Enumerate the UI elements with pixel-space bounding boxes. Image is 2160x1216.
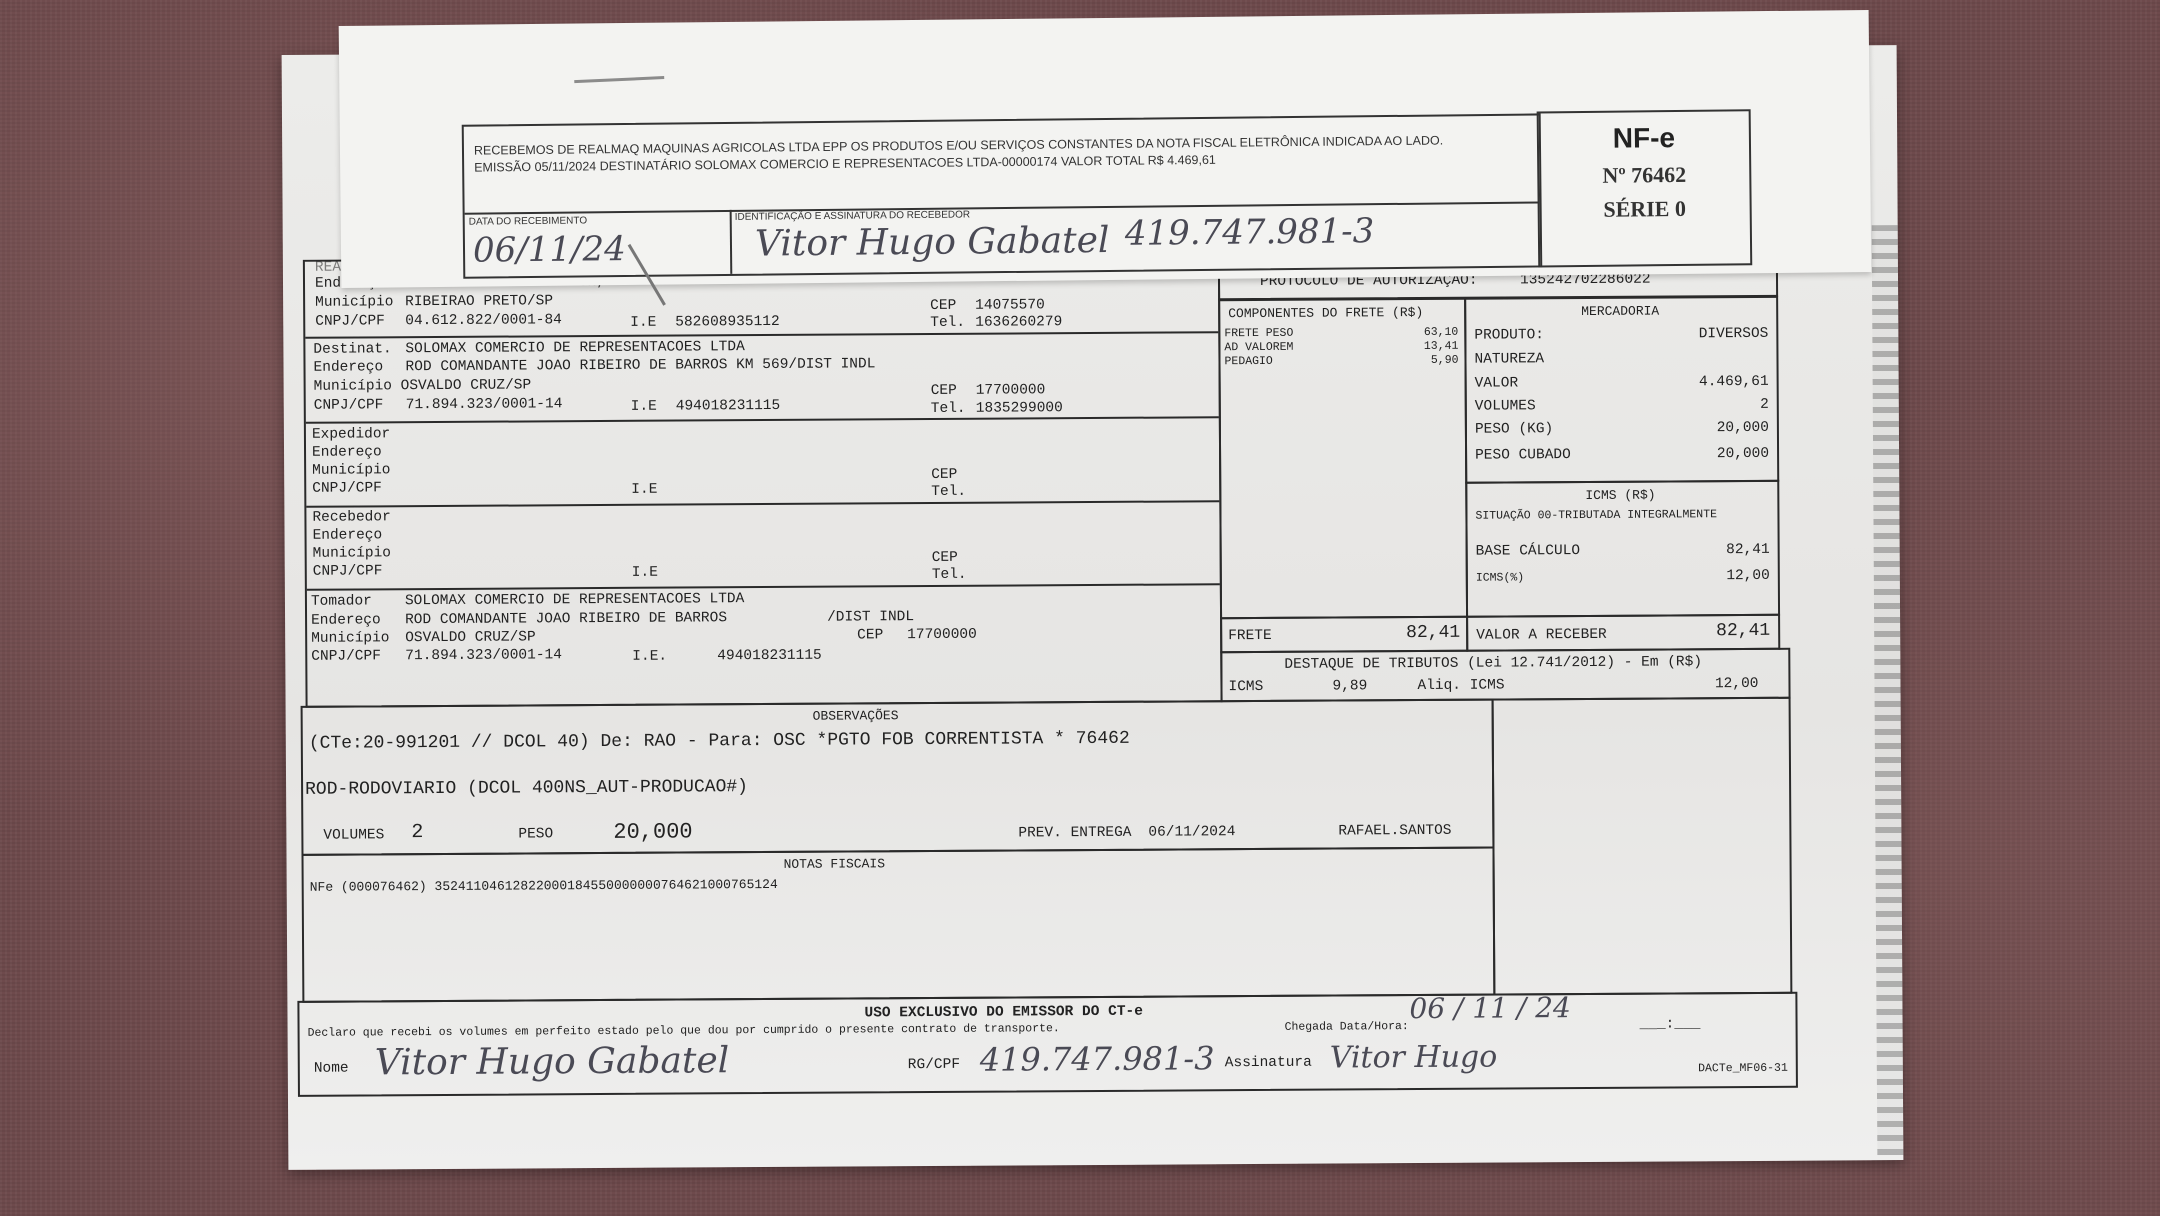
tributos-icms-value: 9,89 [1332, 678, 1367, 694]
divider [730, 210, 733, 274]
expedidor-tel-label: Tel. [931, 484, 966, 500]
icms-box: ICMS (R$) SITUAÇÃO 00-TRIBUTADA INTEGRAL… [1465, 480, 1780, 618]
remetente-cep-label: CEP [930, 298, 956, 314]
remetente-cnpj: 04.612.822/0001-84 [405, 312, 562, 329]
peso-value: 20,000 [1717, 420, 1769, 436]
destinatario-cnpj-label: CNPJ/CPF [314, 397, 384, 413]
destinatario-ie: 494018231115 [676, 398, 781, 415]
chegada-date-handwritten: 06 / 11 / 24 [1409, 991, 1571, 1025]
tomador-cnpj-label: CNPJ/CPF [311, 648, 381, 664]
nfe-serie: SÉRIE 0 [1540, 195, 1750, 223]
expedidor-cnpj-label: CNPJ/CPF [312, 480, 382, 496]
destinatario-tel-label: Tel. [931, 401, 966, 417]
tomador-endereco-compl: /DIST INDL [827, 609, 914, 626]
remetente-cnpj-label: CNPJ/CPF [315, 313, 385, 329]
reserved-fisco-box [1492, 697, 1793, 996]
destinatario-label: Destinat. [313, 341, 391, 357]
mercadoria-box: MERCADORIA PRODUTO: DIVERSOS NATUREZA VA… [1464, 296, 1779, 484]
valor-receber-label: VALOR A RECEBER [1476, 627, 1607, 644]
destinatario-cep-label: CEP [931, 383, 957, 399]
nfe-reference: NFe (000076462) 352411046128220001845500… [310, 877, 778, 895]
icms-aliq-label: ICMS(%) [1476, 571, 1524, 584]
destinatario-municipio: OSVALDO CRUZ/SP [401, 377, 532, 394]
expedidor-cep-label: CEP [931, 467, 957, 483]
icms-situacao: SITUAÇÃO 00-TRIBUTADA INTEGRALMENTE [1475, 508, 1717, 522]
expedidor-municipio-label: Município [312, 462, 390, 478]
destinatario-cnpj: 71.894.323/0001-14 [406, 396, 563, 413]
tomador-endereco: ROD COMANDANTE JOAO RIBEIRO DE BARROS [405, 610, 727, 628]
tomador-municipio: OSVALDO CRUZ/SP [405, 629, 536, 646]
ad-valorem-value: 13,41 [1424, 340, 1459, 353]
frete-total-label: FRETE [1228, 628, 1272, 644]
parties-box: REALMAQ MAQUINAS AGRICOLAS LTDA EPP Ende… [303, 254, 1223, 708]
recebedor-cnpj-label: CNPJ/CPF [313, 563, 383, 579]
obs-peso-label: PESO [518, 826, 553, 842]
destinatario-ie-label: I.E [631, 399, 657, 415]
tomador-cnpj: 71.894.323/0001-14 [405, 647, 562, 664]
frete-total-box: FRETE 82,41 [1220, 616, 1468, 654]
prev-entrega-label: PREV. ENTREGA [1018, 825, 1131, 842]
stub-text: RECEBEMOS DE REALMAQ MAQUINAS AGRICOLAS … [474, 132, 1444, 176]
tomador-cep: 17700000 [907, 627, 977, 643]
remetente-tel: 1636260279 [975, 314, 1062, 331]
assinatura-label: Assinatura [1225, 1055, 1312, 1072]
declaracao-text: Declaro que recebi os volumes em perfeit… [308, 1022, 1060, 1040]
icms-aliq-value: 12,00 [1726, 568, 1770, 584]
nome-handwritten: Vitor Hugo Gabatel [375, 1040, 730, 1083]
base-calculo-label: BASE CÁLCULO [1476, 543, 1581, 560]
frete-peso-value: 63,10 [1424, 326, 1459, 339]
volumes-label: VOLUMES [1475, 398, 1536, 414]
pedagio-value: 5,90 [1431, 354, 1459, 367]
obs-volumes-label: VOLUMES [323, 827, 384, 843]
tomador-cep-label: CEP [857, 627, 883, 643]
obs-peso-value: 20,000 [613, 819, 692, 844]
valor-receber-value: 82,41 [1716, 621, 1770, 641]
notas-fiscais-box: NOTAS FISCAIS NFe (000076462) 3524110461… [301, 847, 1495, 1003]
chegada-label: Chegada Data/Hora: [1285, 1020, 1409, 1034]
frete-total-value: 82,41 [1406, 623, 1460, 643]
peso-label: PESO (KG) [1475, 421, 1553, 437]
recebedor-cep-label: CEP [932, 550, 958, 566]
produto-value: DIVERSOS [1699, 326, 1769, 342]
remetente-municipio: RIBEIRAO PRETO/SP [405, 293, 553, 310]
tributos-title: DESTAQUE DE TRIBUTOS (Lei 12.741/2012) -… [1284, 654, 1702, 673]
destinatario-municipio-label: Município [314, 378, 392, 394]
mercadoria-title: MERCADORIA [1581, 304, 1659, 319]
base-calculo-value: 82,41 [1726, 542, 1770, 558]
form-code: DACTe_MF06-31 [1698, 1062, 1788, 1076]
remetente-ie-label: I.E [630, 315, 656, 331]
produto-label: PRODUTO: [1474, 327, 1544, 343]
date-received-handwritten: 06/11/24 [473, 229, 626, 271]
remetente-ie: 582608935112 [675, 314, 780, 331]
rg-label: RG/CPF [908, 1057, 960, 1073]
remetente-tel-label: Tel. [930, 315, 965, 331]
destinatario-endereco-label: Endereço [313, 359, 383, 375]
tributos-aliq-value: 12,00 [1715, 676, 1759, 692]
tomador-municipio-label: Município [311, 630, 389, 646]
receiver-id-handwritten: 419.747.981-3 [1125, 211, 1375, 254]
stub-receipt-box: RECEBEMOS DE REALMAQ MAQUINAS AGRICOLAS … [462, 113, 1543, 278]
divider [305, 331, 1218, 339]
expedidor-endereco-label: Endereço [312, 444, 382, 460]
peso-cubado-label: PESO CUBADO [1475, 447, 1571, 464]
observacoes-line2: ROD-RODOVIARIO (DCOL 400NS_AUT-PRODUCAO#… [305, 777, 748, 800]
destinatario-endereco: ROD COMANDANTE JOAO RIBEIRO DE BARROS KM… [405, 356, 875, 375]
nfe-number: Nº 76462 [1539, 161, 1749, 189]
observacoes-title: OBSERVAÇÕES [813, 708, 899, 724]
tomador-name: SOLOMAX COMERCIO DE REPRESENTACOES LTDA [405, 591, 744, 609]
recebedor-ie-label: I.E [632, 565, 658, 581]
tributos-icms-label: ICMS [1228, 679, 1263, 695]
prev-entrega-value: 06/11/2024 [1148, 824, 1235, 841]
peso-cubado-value: 20,000 [1717, 446, 1769, 462]
remetente-municipio-label: Município [315, 294, 393, 310]
observacoes-line1: (CTe:20-991201 // DCOL 40) De: RAO - Par… [309, 729, 1130, 754]
staple-mark [574, 76, 664, 83]
rg-handwritten: 419.747.981-3 [980, 1039, 1215, 1078]
componentes-title: COMPONENTES DO FRETE (R$) [1228, 305, 1423, 321]
obs-volumes-value: 2 [411, 821, 423, 844]
divider [465, 201, 1540, 214]
assinatura-handwritten: Vitor Hugo [1330, 1040, 1498, 1076]
divider [307, 583, 1220, 591]
tributos-aliq-label: Aliq. ICMS [1417, 677, 1504, 694]
destinatario-name: SOLOMAX COMERCIO DE REPRESENTACOES LTDA [405, 339, 744, 357]
emissor-user: RAFAEL.SANTOS [1338, 823, 1451, 840]
valor-receber-box: VALOR A RECEBER 82,41 [1466, 614, 1780, 652]
componentes-frete-box: COMPONENTES DO FRETE (R$) FRETE PESO 63,… [1218, 298, 1468, 620]
tomador-ie-label: I.E. [632, 649, 667, 665]
recebedor-municipio-label: Município [313, 545, 391, 561]
divider [306, 500, 1219, 508]
uso-exclusivo-title: USO EXCLUSIVO DO EMISSOR DO CT-e [864, 1004, 1143, 1022]
valor-value: 4.469,61 [1699, 374, 1769, 390]
remetente-cep: 14075570 [975, 297, 1045, 313]
expedidor-ie-label: I.E [631, 482, 657, 498]
recebedor-endereco-label: Endereço [312, 527, 382, 543]
natureza-label: NATUREZA [1474, 351, 1544, 367]
tributos-box: DESTAQUE DE TRIBUTOS (Lei 12.741/2012) -… [1220, 648, 1790, 702]
notas-fiscais-title: NOTAS FISCAIS [784, 856, 886, 872]
destinatario-cep: 17700000 [976, 382, 1046, 398]
nfe-box: NF-e Nº 76462 SÉRIE 0 [1537, 109, 1753, 267]
observacoes-box: OBSERVAÇÕES (CTe:20-991201 // DCOL 40) D… [301, 699, 1495, 856]
tomador-ie: 494018231115 [717, 648, 822, 665]
pedagio-label: PEDAGIO [1224, 355, 1272, 368]
uso-exclusivo-box: USO EXCLUSIVO DO EMISSOR DO CT-e Declaro… [297, 992, 1798, 1097]
ad-valorem-label: AD VALOREM [1224, 341, 1293, 354]
recebedor-label: Recebedor [312, 509, 390, 525]
valor-label: VALOR [1475, 375, 1519, 391]
expedidor-label: Expedidor [312, 426, 390, 442]
divider [306, 416, 1219, 424]
recebedor-tel-label: Tel. [932, 567, 967, 583]
icms-title: ICMS (R$) [1585, 488, 1655, 503]
tomador-endereco-label: Endereço [311, 612, 381, 628]
nome-label: Nome [314, 1061, 349, 1077]
tomador-label: Tomador [311, 593, 372, 609]
receiver-signature: Vitor Hugo Gabatel [755, 220, 1110, 265]
receipt-stub: RECEBEMOS DE REALMAQ MAQUINAS AGRICOLAS … [339, 10, 1872, 288]
destinatario-tel: 1835299000 [976, 400, 1063, 417]
date-received-label: DATA DO RECEBIMENTO [469, 215, 587, 227]
frete-peso-label: FRETE PESO [1224, 327, 1293, 340]
volumes-value: 2 [1760, 397, 1769, 413]
chegada-time-blank: ___:___ [1640, 1016, 1701, 1032]
nfe-title: NF-e [1539, 121, 1749, 155]
